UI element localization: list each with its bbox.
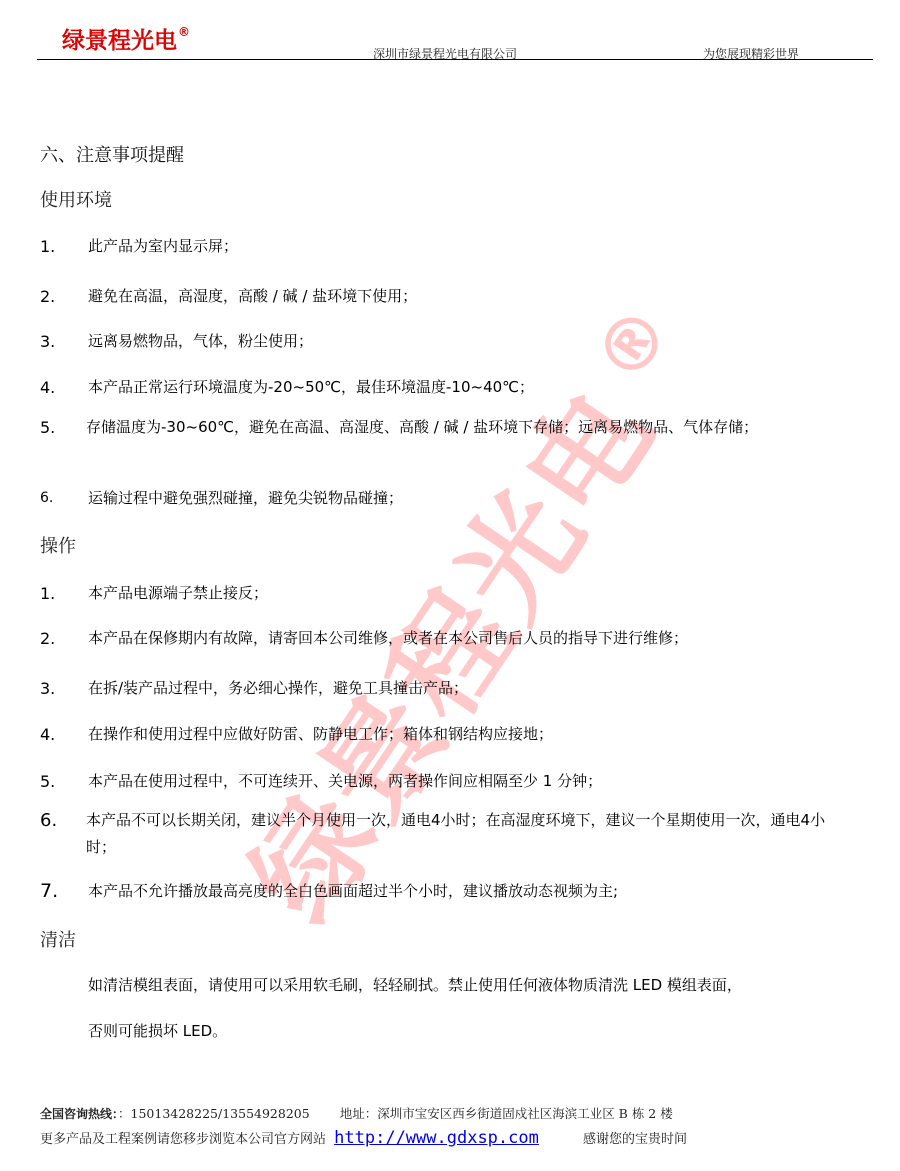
header-divider (37, 59, 873, 60)
item-text: 本产品在使用过程中，不可连续开、关电源，两者操作间应相隔至少 1 分钟； (88, 768, 860, 795)
item-number: 5. (40, 414, 55, 441)
item-number: 1. (40, 233, 55, 260)
item-number: 6. (40, 807, 57, 834)
usage-item: 1. 此产品为室内显示屏； (40, 233, 860, 260)
hotline-value: ：15013428225/13554928205 (118, 1106, 310, 1121)
operation-item: 5. 本产品在使用过程中，不可连续开、关电源，两者操作间应相隔至少 1 分钟； (40, 768, 860, 795)
item-number: 2. (40, 625, 55, 652)
item-number: 4. (40, 374, 55, 401)
operation-heading: 操作 (40, 532, 76, 558)
usage-item: 2. 避免在高温，高湿度，高酸 / 碱 / 盐环境下使用； (40, 283, 860, 310)
registered-mark-icon: ® (178, 25, 190, 39)
operation-item: 7. 本产品不允许播放最高亮度的全白色画面超过半个小时，建议播放动态视频为主; (40, 878, 860, 905)
usage-environment-heading: 使用环境 (40, 186, 112, 212)
item-text: 存储温度为-30~60℃，避免在高温、高湿度、高酸 / 碱 / 盐环境下存储；远… (86, 414, 840, 441)
operation-item: 4. 在操作和使用过程中应做好防雷、防静电工作；箱体和钢结构应接地； (40, 721, 860, 748)
item-text: 避免在高温，高湿度，高酸 / 碱 / 盐环境下使用； (88, 283, 860, 310)
item-number: 1. (40, 580, 55, 607)
item-text: 本产品不允许播放最高亮度的全白色画面超过半个小时，建议播放动态视频为主; (88, 878, 860, 905)
item-text: 远离易燃物品，气体，粉尘使用； (88, 328, 860, 355)
item-number: 2. (40, 283, 55, 310)
address-label: 地址： (340, 1106, 378, 1121)
cleaning-paragraph-line-2: 否则可能损坏 LED。 (88, 1020, 868, 1041)
website-link[interactable]: http://www.gdxsp.com (334, 1128, 539, 1148)
operation-item: 1. 本产品电源端子禁止接反； (40, 580, 860, 607)
item-text: 在操作和使用过程中应做好防雷、防静电工作；箱体和钢结构应接地； (88, 721, 860, 748)
item-number: 3. (40, 675, 55, 702)
more-info-text: 更多产品及工程案例请您移步浏览本公司官方网站 (40, 1132, 326, 1147)
cleaning-paragraph-line-1: 如清洁模组表面，请使用可以采用软毛刷，轻轻刷拭。禁止使用任何液体物质清洗 LED… (88, 974, 868, 995)
item-number: 7. (40, 878, 58, 905)
operation-item: 3. 在拆/装产品过程中，务必细心操作，避免工具撞击产品； (40, 675, 860, 702)
address-value: 深圳市宝安区西乡街道固戍社区海滨工业区 B 栋 2 楼 (377, 1106, 673, 1121)
item-text: 本产品不可以长期关闭，建议半个月使用一次，通电4小时；在高湿度环境下，建议一个星… (86, 807, 840, 861)
item-text: 在拆/装产品过程中，务必细心操作，避免工具撞击产品； (88, 675, 860, 702)
logo-text: 绿景程光电 (62, 28, 177, 54)
company-logo: 绿景程光电® (62, 22, 189, 55)
item-text: 本产品正常运行环境温度为-20~50℃，最佳环境温度-10~40℃； (88, 374, 860, 401)
usage-item: 3. 远离易燃物品，气体，粉尘使用； (40, 328, 860, 355)
footer-contact: 全国咨询热线：：15013428225/13554928205 地址：深圳市宝安… (40, 1104, 673, 1122)
thanks-text: 感谢您的宝贵时间 (583, 1132, 687, 1147)
item-number: 4. (40, 721, 55, 748)
usage-item: 6. 运输过程中避免强烈碰撞，避免尖锐物品碰撞； (40, 485, 860, 512)
item-number: 6. (40, 485, 53, 512)
item-number: 5. (40, 768, 55, 795)
operation-item: 2. 本产品在保修期内有故障，请寄回本公司维修，或者在本公司售后人员的指导下进行… (40, 625, 860, 652)
usage-item: 5. 存储温度为-30~60℃，避免在高温、高湿度、高酸 / 碱 / 盐环境下存… (40, 414, 840, 441)
hotline-label: 全国咨询热线： (40, 1107, 118, 1121)
item-text: 本产品在保修期内有故障，请寄回本公司维修，或者在本公司售后人员的指导下进行维修； (88, 625, 860, 652)
item-text: 本产品电源端子禁止接反； (88, 580, 860, 607)
operation-item: 6. 本产品不可以长期关闭，建议半个月使用一次，通电4小时；在高湿度环境下，建议… (40, 807, 840, 861)
item-text: 运输过程中避免强烈碰撞，避免尖锐物品碰撞； (88, 485, 860, 512)
footer-website: 更多产品及工程案例请您移步浏览本公司官方网站 http://www.gdxsp.… (40, 1128, 687, 1148)
item-text: 此产品为室内显示屏； (88, 233, 860, 260)
usage-item: 4. 本产品正常运行环境温度为-20~50℃，最佳环境温度-10~40℃； (40, 374, 860, 401)
cleaning-heading: 清洁 (40, 926, 76, 952)
section-title: 六、注意事项提醒 (40, 141, 184, 167)
item-number: 3. (40, 328, 55, 355)
